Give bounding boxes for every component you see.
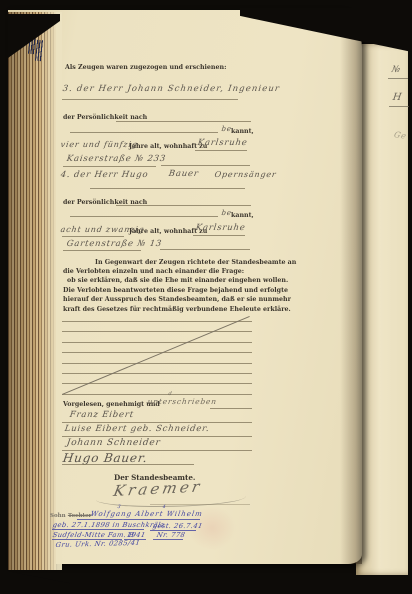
- witness3-name-line: 3. der Herr Johann Schneider, Ingenieur: [62, 84, 281, 94]
- declaration-paragraph-line: hierauf der Ausspruch des Standesbeamten…: [63, 296, 291, 303]
- witness3-street: Kaiserstraße № 233: [66, 154, 167, 164]
- stamp-birth-entry: geb. 27.1.1898 in Buschkrälz: [52, 521, 165, 529]
- stamp-register-year: 1941: [126, 531, 146, 539]
- stamp-register-number: Nr. 778: [156, 531, 186, 539]
- age-middle-text: Jahre alt, wohnhaft zu: [129, 143, 207, 150]
- ruled-line: [62, 99, 238, 100]
- ruled-line: [63, 250, 141, 251]
- witness-intro-text: Als Zeugen waren zugezogen und erschiene…: [65, 64, 226, 71]
- closing-handwritten-word: unterschrieben: [147, 397, 218, 406]
- witness3-age: vier und fünfzig: [60, 140, 138, 149]
- facing-page-underline: [388, 78, 408, 79]
- declaration-paragraph-line: kraft des Gesetzes für rechtmäßig verbun…: [63, 306, 291, 313]
- ruled-line: [62, 352, 252, 353]
- witness3-city: Karlsruhe: [197, 138, 248, 148]
- signature-witness4: Hugo Bauer.: [62, 451, 149, 465]
- known-suffix: kannt,: [231, 128, 254, 135]
- ruled-line: [161, 165, 250, 166]
- stamp-underline: [52, 529, 144, 530]
- ruled-line: [116, 205, 251, 206]
- ruled-line: [62, 321, 252, 322]
- ruled-line: [210, 408, 252, 409]
- ruled-line: [62, 394, 252, 395]
- witness4-city: Karlsruhe: [195, 223, 246, 233]
- ruled-line: [63, 166, 156, 167]
- stamp-underline: [153, 539, 183, 540]
- closing-label: Vorgelesen, genehmigt und: [63, 401, 160, 408]
- known-suffix: kannt,: [231, 212, 254, 219]
- ruled-line: [70, 132, 218, 133]
- stamp-child-name: Wolfgang Albert Wilhelm: [90, 510, 203, 518]
- ruled-line: [62, 422, 252, 423]
- witness4-surname: Bauer: [168, 169, 199, 179]
- ruled-line: [90, 188, 245, 189]
- scanned-register-photo: № H Ge Als Zeugen waren zugezogen und er…: [0, 0, 412, 594]
- ruled-line: [195, 150, 247, 151]
- declaration-paragraph-line: ob sie erklären, daß sie die Ehe mit ein…: [67, 277, 288, 284]
- facing-page-underline: [389, 106, 409, 107]
- ruled-line: [62, 331, 252, 332]
- ruled-line: [62, 363, 252, 364]
- witness4-street: Gartenstraße № 13: [66, 239, 163, 249]
- binding-shadow: [8, 12, 62, 570]
- witness4-prefix: 4. der Herr Hugo: [60, 170, 149, 180]
- declaration-paragraph-line: Die Verlobten beantworteten diese Frage …: [63, 287, 288, 294]
- facing-page-fragment: H: [392, 92, 403, 103]
- facing-page: [356, 44, 408, 575]
- ruled-line: [116, 121, 251, 122]
- insertion-mark: d: [168, 391, 173, 397]
- witness4-occupation: Opernsänger: [214, 170, 277, 179]
- stamp-underline: [77, 519, 200, 520]
- declaration-paragraph-line: In Gegenwart der Zeugen richtete der Sta…: [95, 259, 296, 266]
- ruled-line: [62, 236, 124, 237]
- ruled-line: [70, 216, 218, 217]
- signature-witness3: Johann Schneider: [66, 438, 161, 448]
- declaration-paragraph-line: die Verlobten einzeln und nach einander …: [63, 268, 244, 275]
- ruled-line: [62, 436, 252, 437]
- facing-page-fragment: Ge: [393, 130, 408, 141]
- signature-groom: Franz Eibert: [69, 410, 135, 420]
- signature-bride: Luise Eibert geb. Schneider.: [64, 424, 210, 434]
- gutter-shadow: [340, 10, 362, 564]
- ruled-line: [62, 464, 194, 465]
- ruled-line: [62, 373, 252, 374]
- stamp-death-entry: gest. 26.7.41: [152, 522, 203, 530]
- stamp-register-place: Sudfeld-Mitte Fam. B: [52, 531, 135, 539]
- ruled-line: [62, 342, 252, 343]
- ruled-line: [160, 249, 250, 250]
- ruled-line: [193, 235, 245, 236]
- identity-label: der Persönlichkeit nach: [63, 114, 147, 121]
- facing-page-fragment: №: [391, 65, 402, 75]
